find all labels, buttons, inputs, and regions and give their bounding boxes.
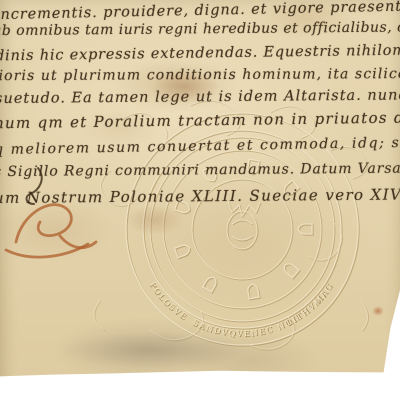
shield-icon: [247, 283, 259, 299]
seal-inner-ring-circle: [143, 130, 341, 328]
seal-ring-text-fragment: POLO: [148, 280, 174, 309]
svg-text:SANDV: SANDV: [191, 318, 229, 338]
photo-frame: POLO SVE SANDV QVE NEC NON LITHVAN MAGNV…: [0, 0, 400, 400]
shield-icon: [298, 224, 312, 234]
svg-text:POLO: POLO: [148, 280, 174, 309]
manuscript-line: lioris ut plurimum conditionis hominum, …: [0, 66, 400, 84]
seal-center-arms: [227, 202, 260, 249]
shield-icon: [175, 243, 192, 257]
shield-icon: [203, 275, 219, 292]
manuscript-line: s Sigillo Regni communiri mandamus. Datu…: [0, 160, 400, 180]
seal-ring-text-fragment: QVE: [228, 328, 251, 338]
shield-icon: [282, 261, 299, 278]
eagle-wings-icon: [232, 220, 252, 240]
seal-shield-ring: [175, 159, 312, 299]
manuscript-line: ab omnibus tam iuris regni heredibus et …: [0, 19, 400, 39]
manuscript-line: suetudo. Ea tamen lege ut is idem Altari…: [0, 87, 400, 107]
seal-ring-text-fragment: SANDV: [191, 318, 229, 338]
svg-text:QVE: QVE: [228, 328, 251, 338]
manuscript-line: um Nostrum Poloniae XLIII. Sueciae vero …: [0, 185, 400, 207]
